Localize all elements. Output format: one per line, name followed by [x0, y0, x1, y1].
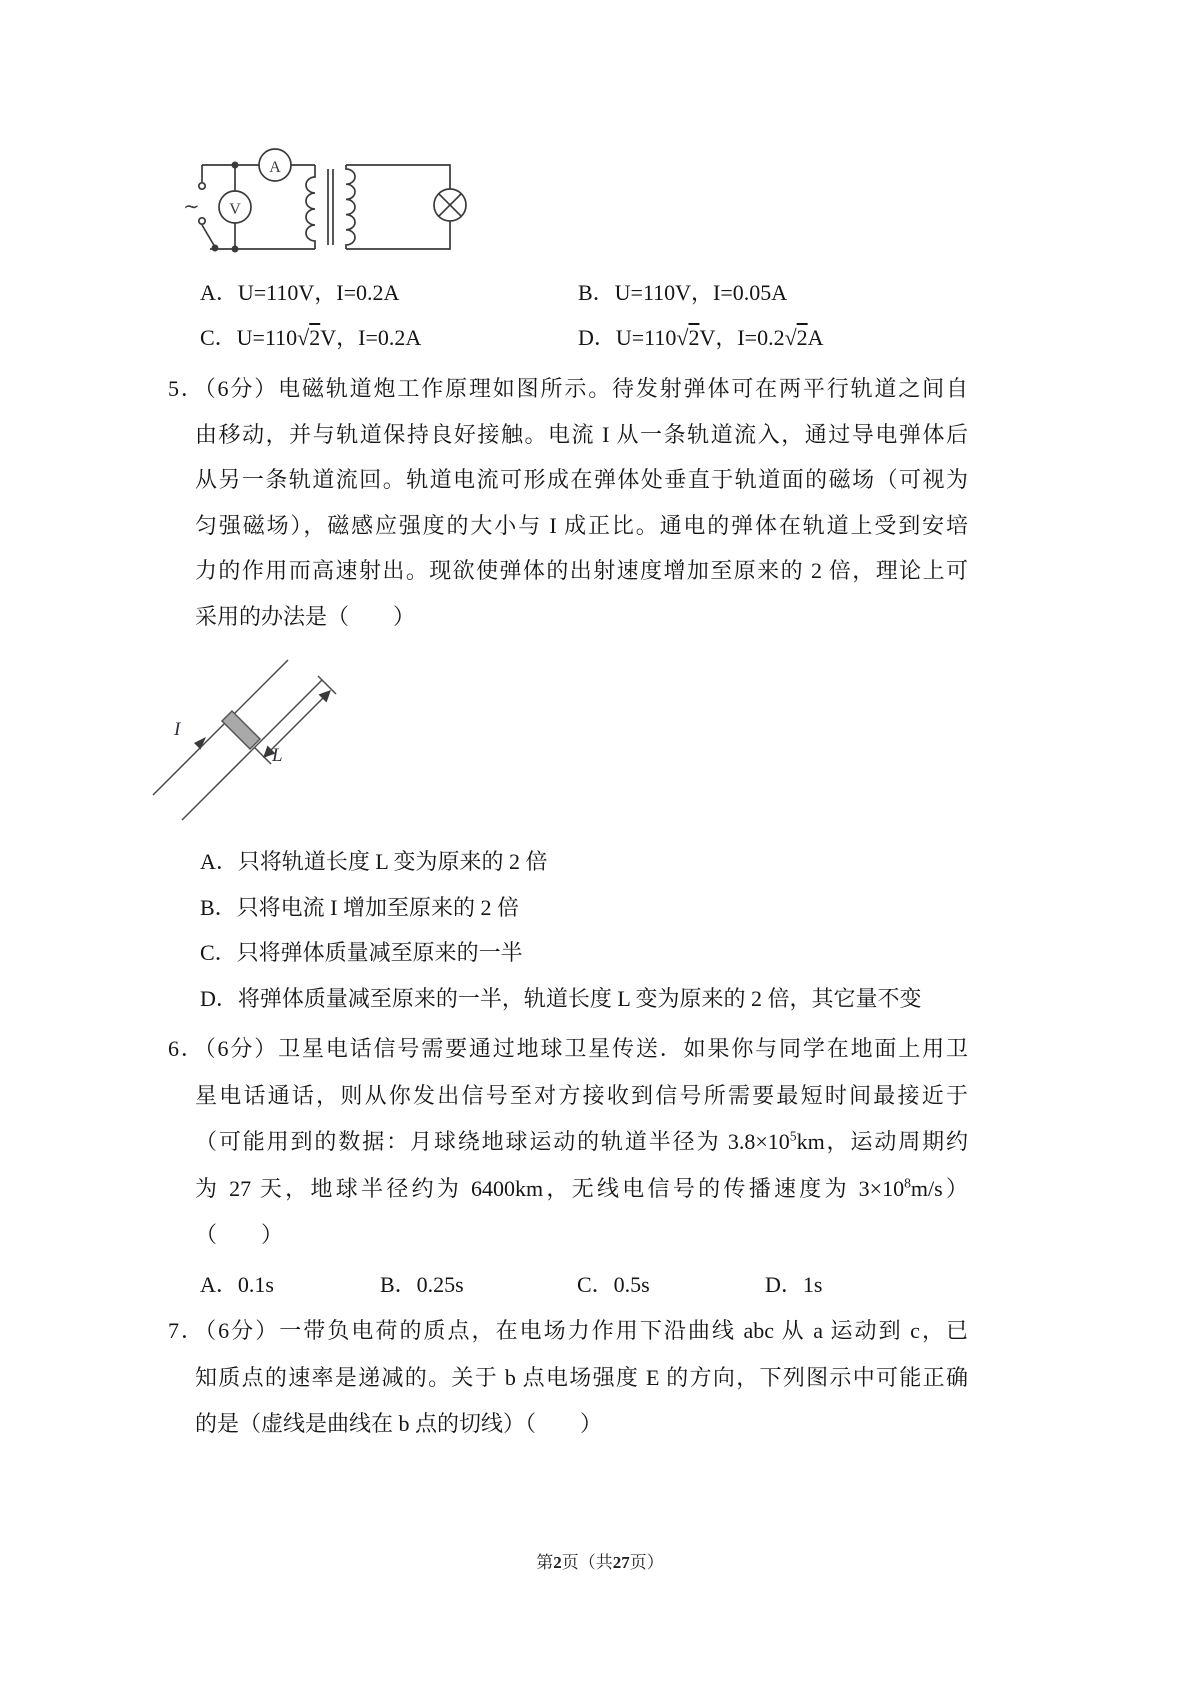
option-c: C．只将弹体质量减至原来的一半: [200, 930, 990, 976]
question-7: 7．（6分）一带负电荷的质点，在电场力作用下沿曲线 abc 从 a 运动到 c，…: [168, 1308, 968, 1448]
terminal-icon: [199, 183, 205, 189]
exponent: 8: [904, 1175, 911, 1190]
q5-options: A．只将轨道长度 L 变为原来的 2 倍 B．只将电流 I 增加至原来的 2 倍…: [168, 839, 990, 1022]
q4-options-row-2: C．U=110√2V，I=0.2A D．U=110√2V，I=0.2√2A: [168, 321, 990, 355]
question-line: 星电话通话，则从你发出信号至对方接收到信号所需要最短时间最接近于: [168, 1073, 968, 1120]
total-pages: 27: [613, 1553, 630, 1572]
option-d: D．1s: [765, 1268, 822, 1302]
page-number: 2: [553, 1553, 562, 1572]
exponent: 5: [790, 1129, 797, 1144]
question-line: 由移动，并与轨道保持良好接触。电流 I 从一条轨道流入，通过导电弹体后: [168, 412, 968, 458]
dimension-tick: [318, 676, 336, 694]
question-line: 从另一条轨道流回。轨道电流可形成在弹体处垂直于轨道面的磁场（可视为: [168, 457, 968, 503]
question-line: 7．（6分）一带负电荷的质点，在电场力作用下沿曲线 abc 从 a 运动到 c，…: [168, 1308, 968, 1355]
question-line: 5．（6分）电磁轨道炮工作原理如图所示。待发射弹体可在两平行轨道之间自: [168, 366, 968, 412]
secondary-coil-icon: [346, 165, 355, 249]
question-6: 6．（6分）卫星电话信号需要通过地球卫星传送．如果你与同学在地面上用卫 星电话通…: [168, 1026, 968, 1259]
q6-options: A．0.1s B．0.25s C．0.5s D．1s: [168, 1268, 990, 1302]
wire: [346, 165, 450, 189]
ammeter-label: A: [269, 159, 281, 176]
dimension-line: [266, 693, 328, 755]
question-line: 匀强磁场），磁感应强度的大小与 I 成正比。通电的弹体在轨道上受到安培: [168, 503, 968, 549]
railgun-diagram: I L: [148, 655, 383, 828]
transformer-circuit-diagram: ∼ V A: [180, 145, 472, 272]
question-line: 采用的办法是（ ）: [168, 594, 968, 640]
option-b: B．0.25s: [380, 1268, 577, 1302]
question-line: 知质点的速率是递减的。关于 b 点电场强度 E 的方向，下列图示中可能正确: [168, 1355, 968, 1402]
ac-source-icon: ∼: [183, 196, 200, 218]
option-c: C．0.5s: [577, 1268, 765, 1302]
rail-line: [182, 680, 322, 820]
option-c: C．U=110√2V，I=0.2A: [200, 321, 578, 355]
switch-icon: [202, 225, 215, 247]
question-line: 为 27 天，地球半径约为 6400km，无线电信号的传播速度为 3×108m/…: [168, 1166, 968, 1213]
option-a: A．0.1s: [200, 1268, 380, 1302]
option-d: D．将弹体质量减至原来的一半，轨道长度 L 变为原来的 2 倍，其它量不变: [200, 976, 990, 1022]
question-line: （可能用到的数据：月球绕地球运动的轨道半径为 3.8×105km，运动周期约: [168, 1119, 968, 1166]
wire: [346, 221, 450, 249]
option-a: A．只将轨道长度 L 变为原来的 2 倍: [200, 839, 990, 885]
terminal-icon: [199, 218, 205, 224]
question-5: 5．（6分）电磁轨道炮工作原理如图所示。待发射弹体可在两平行轨道之间自 由移动，…: [168, 366, 968, 640]
question-line: 的是（虚线是曲线在 b 点的切线）（ ）: [168, 1401, 968, 1448]
option-b: B．U=110V，I=0.05A: [578, 276, 787, 310]
primary-coil-icon: [306, 165, 315, 249]
current-label: I: [173, 719, 182, 740]
projectile: [222, 711, 260, 749]
option-b: B．只将电流 I 增加至原来的 2 倍: [200, 885, 990, 931]
option-a: A．U=110V，I=0.2A: [200, 276, 578, 310]
q4-options-row-1: A．U=110V，I=0.2A B．U=110V，I=0.05A: [168, 276, 990, 310]
voltmeter-label: V: [229, 201, 241, 218]
page-footer: 第2页（共27页）: [0, 1548, 1200, 1573]
question-line: 6．（6分）卫星电话信号需要通过地球卫星传送．如果你与同学在地面上用卫: [168, 1026, 968, 1073]
question-line: （ ）: [168, 1212, 968, 1259]
question-line: 力的作用而高速射出。现欲使弹体的出射速度增加至原来的 2 倍，理论上可: [168, 548, 968, 594]
option-d: D．U=110√2V，I=0.2√2A: [578, 321, 824, 355]
